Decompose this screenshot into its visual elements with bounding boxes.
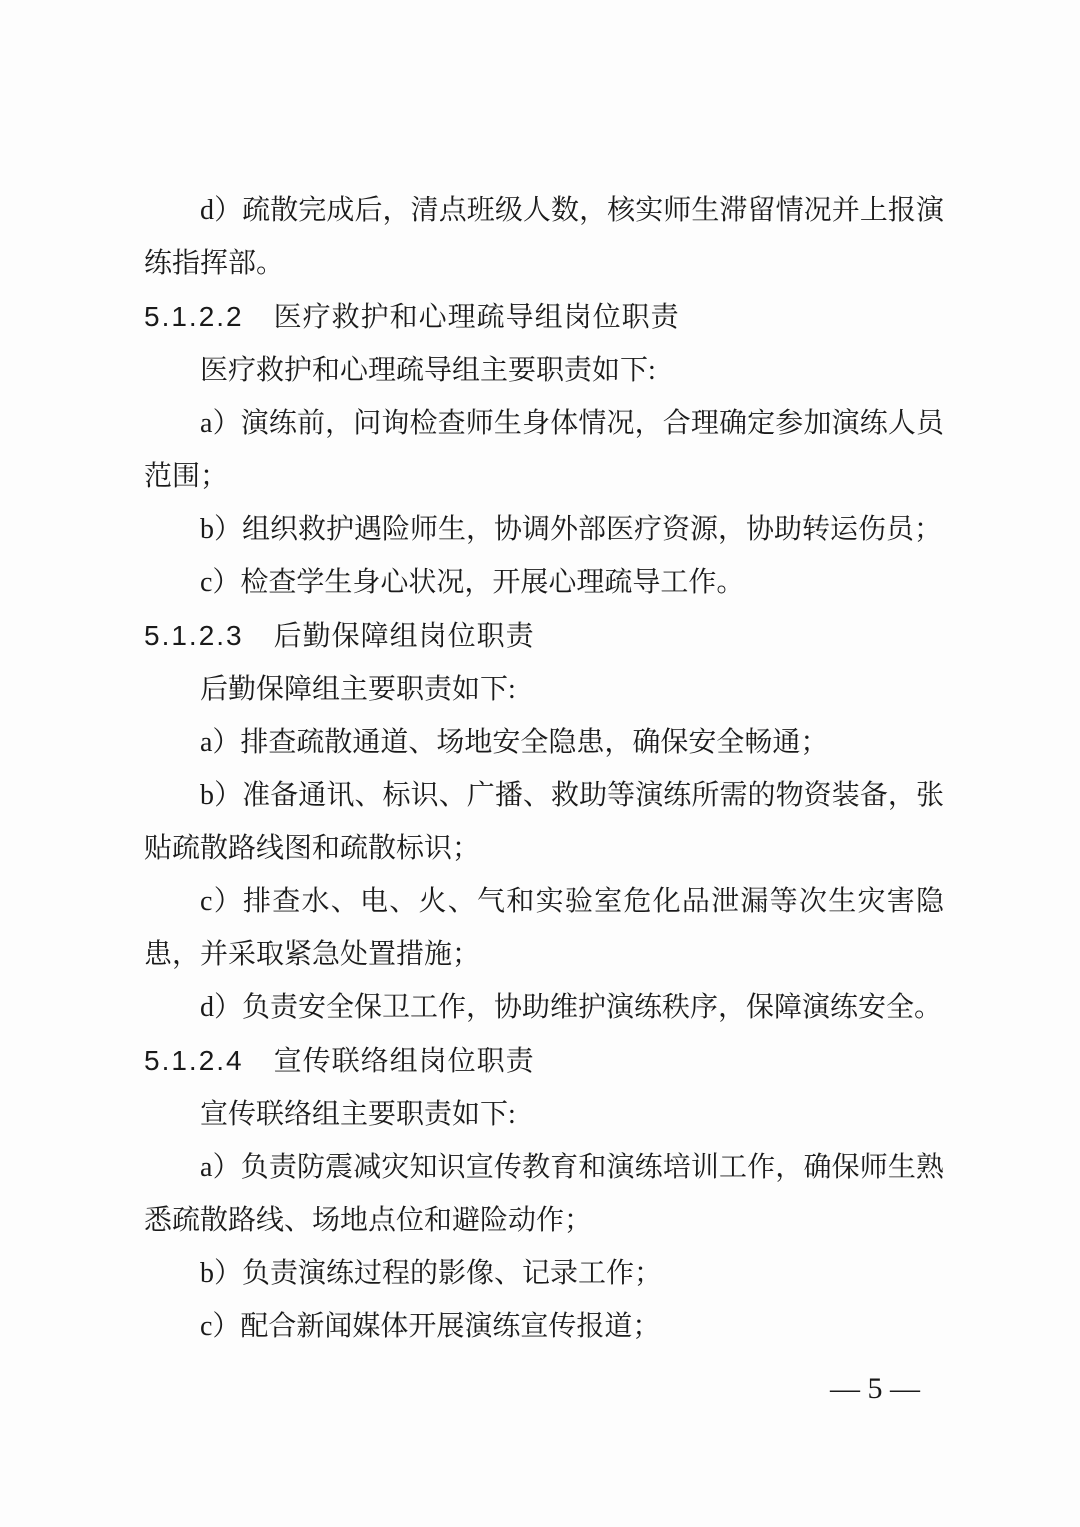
section-heading-5123: 5.1.2.3后勤保障组岗位职责 bbox=[144, 609, 944, 663]
page-number: — 5 — bbox=[830, 1372, 920, 1405]
paragraph-item-a-education: a）负责防震减灾知识宣传教育和演练培训工作，确保师生熟悉疏散路线、场地点位和避险… bbox=[144, 1141, 944, 1247]
paragraph-item-c-media: c）配合新闻媒体开展演练宣传报道； bbox=[144, 1300, 944, 1353]
paragraph-logistics-group-intro: 后勤保障组主要职责如下: bbox=[144, 663, 944, 716]
page-footer: — 5 — bbox=[144, 1369, 944, 1409]
paragraph-item-b-supplies: b）准备通讯、标识、广播、救助等演练所需的物资装备，张贴疏散路线图和疏散标识； bbox=[144, 769, 944, 875]
paragraph-item-d-security: d）负责安全保卫工作，协助维护演练秩序，保障演练安全。 bbox=[144, 981, 944, 1034]
section-number: 5.1.2.3 bbox=[144, 620, 244, 651]
section-title: 后勤保障组岗位职责 bbox=[274, 621, 535, 652]
section-heading-5124: 5.1.2.4宣传联络组岗位职责 bbox=[144, 1034, 944, 1088]
section-title: 宣传联络组岗位职责 bbox=[274, 1046, 535, 1077]
paragraph-item-a-health-check: a）演练前，问询检查师生身体情况，合理确定参加演练人员范围； bbox=[144, 397, 944, 503]
section-number: 5.1.2.2 bbox=[144, 301, 244, 332]
paragraph-item-b-recording: b）负责演练过程的影像、记录工作； bbox=[144, 1247, 944, 1300]
paragraph-item-d-evacuation-report: d）疏散完成后，清点班级人数，核实师生滞留情况并上报演练指挥部。 bbox=[144, 184, 944, 290]
paragraph-item-c-hazard-check: c）排查水、电、火、气和实验室危化品泄漏等次生灾害隐患，并采取紧急处置措施； bbox=[144, 875, 944, 981]
paragraph-item-a-route-inspection: a）排查疏散通道、场地安全隐患，确保安全畅通； bbox=[144, 716, 944, 769]
document-page: d）疏散完成后，清点班级人数，核实师生滞留情况并上报演练指挥部。 5.1.2.2… bbox=[0, 0, 1080, 1527]
section-number: 5.1.2.4 bbox=[144, 1045, 244, 1076]
section-title: 医疗救护和心理疏导组岗位职责 bbox=[274, 302, 680, 333]
paragraph-medical-group-intro: 医疗救护和心理疏导组主要职责如下: bbox=[144, 344, 944, 397]
section-heading-5122: 5.1.2.2医疗救护和心理疏导组岗位职责 bbox=[144, 290, 944, 344]
paragraph-item-b-rescue: b）组织救护遇险师生，协调外部医疗资源，协助转运伤员； bbox=[144, 503, 944, 556]
document-body: d）疏散完成后，清点班级人数，核实师生滞留情况并上报演练指挥部。 5.1.2.2… bbox=[144, 184, 944, 1353]
paragraph-item-c-counseling: c）检查学生身心状况，开展心理疏导工作。 bbox=[144, 556, 944, 609]
paragraph-publicity-group-intro: 宣传联络组主要职责如下: bbox=[144, 1088, 944, 1141]
